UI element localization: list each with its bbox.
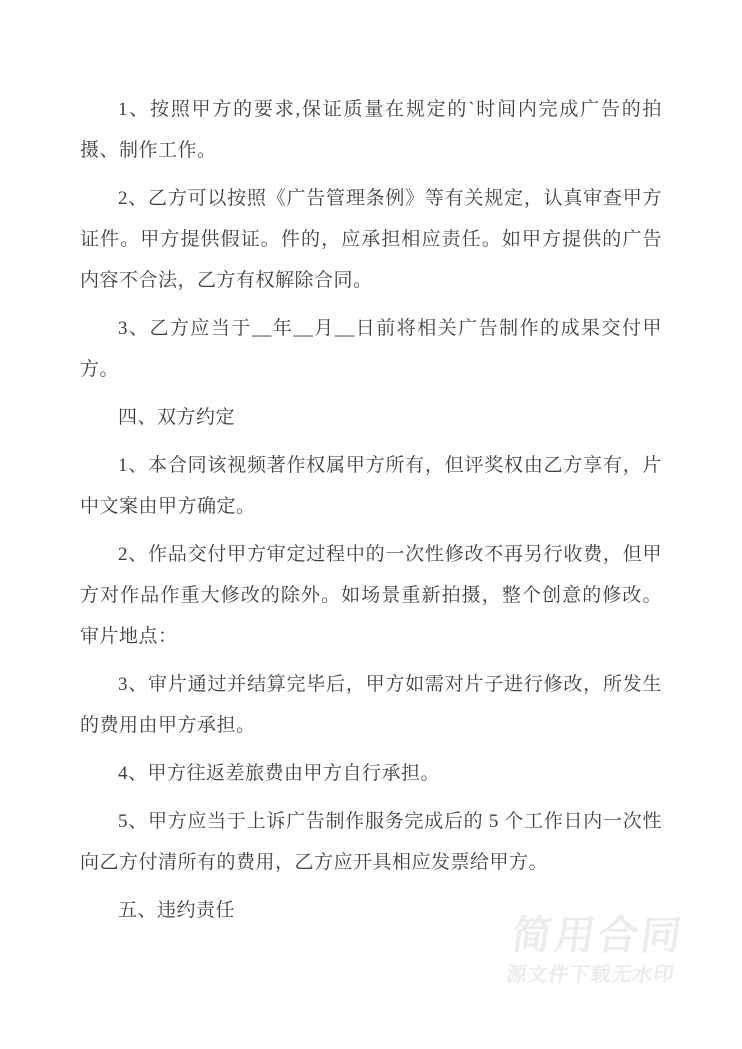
contract-page: 1、按照甲方的要求,保证质量在规定的`时间内完成广告的拍摄、制作工作。 2、乙方… [0, 0, 742, 1049]
clause-paragraph: 2、乙方可以按照《广告管理条例》等有关规定，认真审查甲方证件。甲方提供假证。件的… [80, 178, 662, 301]
watermark-subtitle: 源文件下载无水印 [505, 964, 680, 986]
clause-paragraph: 3、审片通过并结算完毕后，甲方如需对片子进行修改，所发生的费用由甲方承担。 [80, 664, 662, 746]
section-heading-4: 四、双方约定 [80, 397, 662, 438]
clause-paragraph: 1、本合同该视频著作权属甲方所有，但评奖权由乙方享有，片中文案由甲方确定。 [80, 445, 662, 527]
clause-paragraph: 4、甲方往返差旅费由甲方自行承担。 [80, 753, 662, 794]
clause-paragraph: 1、按照甲方的要求,保证质量在规定的`时间内完成广告的拍摄、制作工作。 [80, 89, 662, 171]
watermark: 简用合同 源文件下载无水印 [505, 914, 687, 986]
watermark-title: 简用合同 [509, 914, 687, 958]
clause-paragraph: 3、乙方应当于__年__月__日前将相关广告制作的成果交付甲方。 [80, 308, 662, 390]
clause-paragraph: 5、甲方应当于上诉广告制作服务完成后的 5 个工作日内一次性向乙方付清所有的费用… [80, 801, 662, 883]
clause-paragraph: 2、作品交付甲方审定过程中的一次性修改不再另行收费，但甲方对作品作重大修改的除外… [80, 534, 662, 657]
